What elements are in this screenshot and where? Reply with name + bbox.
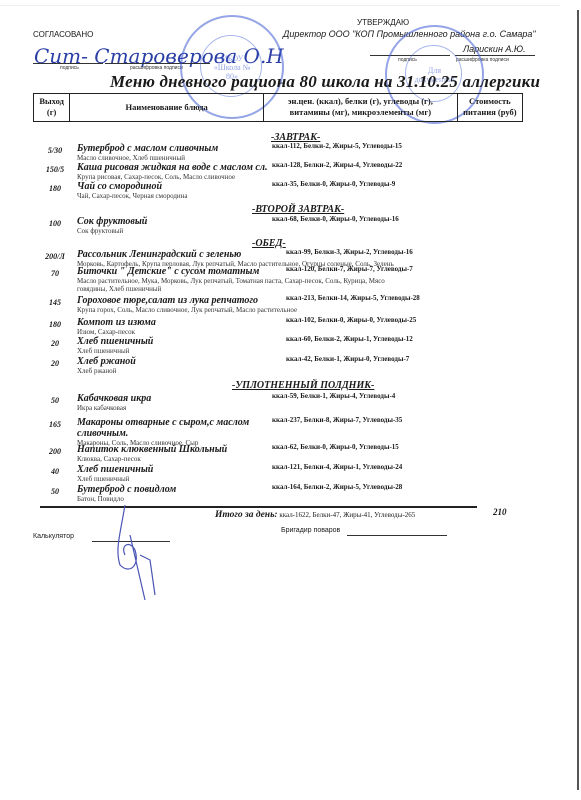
page-top-edge — [0, 5, 560, 6]
col-name-header: Наименование блюда — [70, 94, 264, 122]
item-ingredients: Масло сливочное, Хлеб пшеничный — [77, 154, 272, 162]
item-ingredients: Хлеб пшеничный — [77, 347, 272, 355]
col-yield-header: Выход (г) — [34, 94, 70, 122]
menu-item: Гороховое пюре,салат из лука репчатогоКр… — [77, 295, 272, 314]
page-right-edge — [577, 10, 579, 790]
item-yield: 200/Л — [37, 252, 73, 261]
item-nutrition: ккал-62, Белки-0, Жиры-0, Углеводы-15 — [272, 443, 399, 451]
item-nutrition: ккал-68, Белки-0, Жиры-0, Углеводы-16 — [272, 215, 399, 223]
item-yield: 5/30 — [37, 146, 73, 155]
item-yield: 100 — [37, 219, 73, 228]
day-total: Итого за день: ккал-1622, Белки-47, Жиры… — [215, 510, 415, 520]
item-name: Кабачковая икра — [77, 393, 272, 404]
item-nutrition: ккал-213, Белки-14, Жиры-5, Углеводы-28 — [286, 294, 420, 302]
item-name: Биточки " Детские" с сусом томатным — [77, 266, 272, 277]
item-nutrition: ккал-60, Белки-2, Жиры-1, Углеводы-12 — [286, 335, 413, 343]
confirm-label: УТВЕРЖДАЮ — [357, 18, 409, 27]
item-yield: 180 — [37, 320, 73, 329]
item-name: Хлеб пшеничный — [77, 336, 272, 347]
calculator-signature — [110, 505, 180, 605]
section-title: -ОБЕД- — [252, 238, 286, 249]
item-nutrition: ккал-35, Белки-0, Жиры-0, Углеводы-9 — [272, 180, 395, 188]
item-yield: 50 — [37, 487, 73, 496]
item-nutrition: ккал-237, Белки-8, Жиры-7, Углеводы-35 — [272, 416, 402, 424]
item-name: Хлеб ржаной — [77, 356, 272, 367]
menu-item: Кабачковая икраИкра кабачковая — [77, 393, 272, 412]
item-ingredients: Хлеб ржаной — [77, 367, 272, 375]
section-title: -ВТОРОЙ ЗАВТРАК- — [252, 204, 344, 215]
menu-item: Сок фруктовыйСок фруктовый — [77, 216, 272, 235]
item-yield: 150/5 — [37, 165, 73, 174]
total-cost: 210 — [493, 507, 507, 517]
col-cost-header: Стоимость питания (руб) — [457, 94, 522, 122]
menu-item: Хлеб пшеничныйХлеб пшеничный — [77, 464, 272, 483]
item-name: Гороховое пюре,салат из лука репчатого — [77, 295, 272, 306]
menu-item: Хлеб пшеничныйХлеб пшеничный — [77, 336, 272, 355]
menu-item: Компот из изюмаИзюм, Сахар-песок — [77, 317, 272, 336]
signature-caption: подпись — [60, 65, 79, 71]
menu-item: Бутерброд с повидломБатон, Повидло — [77, 484, 272, 503]
item-yield: 70 — [37, 269, 73, 278]
total-value: ккал-1622, Белки-47, Жиры-41, Углеводы-2… — [279, 511, 415, 519]
approved-label: СОГЛАСОВАНО — [33, 30, 93, 39]
item-nutrition: ккал-42, Белки-1, Жиры-0, Углеводы-7 — [286, 355, 409, 363]
item-nutrition: ккал-120, Белки-7, Жиры-7, Углеводы-7 — [286, 265, 413, 273]
item-nutrition: ккал-59, Белки-1, Жиры-4, Углеводы-4 — [272, 392, 395, 400]
item-ingredients: Клюква, Сахар-песок — [77, 455, 272, 463]
chef-signature-line — [347, 535, 447, 536]
item-nutrition: ккал-112, Белки-2, Жиры-5, Углеводы-15 — [272, 142, 402, 150]
calculator-label: Калькулятор — [33, 533, 74, 540]
item-yield: 180 — [37, 184, 73, 193]
item-yield: 200 — [37, 447, 73, 456]
menu-item: Хлеб ржанойХлеб ржаной — [77, 356, 272, 375]
item-ingredients: Чай, Сахар-песок, Черная смородина — [77, 192, 272, 200]
total-label: Итого за день: — [215, 510, 278, 520]
col-nutrition-header: эн.цен. (ккал), белки (г), углеводы (г),… — [263, 94, 457, 122]
item-name: Рассольник Ленинградский с зеленью — [77, 249, 272, 260]
item-ingredients: Крупа рисовая, Сахар-песок, Соль, Масло … — [77, 173, 272, 181]
item-nutrition: ккал-164, Белки-2, Жиры-5, Углеводы-28 — [272, 483, 402, 491]
page-title: Меню дневного рациона 80 школа на 31.10.… — [110, 72, 540, 92]
menu-item: Биточки " Детские" с сусом томатнымМасло… — [77, 266, 272, 293]
item-ingredients: Масло растительное, Мука, Морковь, Лук р… — [77, 277, 407, 293]
item-ingredients: Хлеб пшеничный — [77, 475, 272, 483]
menu-item: Бутерброд с маслом сливочнымМасло сливоч… — [77, 143, 272, 162]
menu-item: Каша рисовая жидкая на воде с маслом сл.… — [77, 162, 272, 181]
item-ingredients: Изюм, Сахар-песок — [77, 328, 272, 336]
menu-item: Макароны отварные с сыром,с маслом сливо… — [77, 417, 272, 447]
menu-table-header: Выход (г) Наименование блюда эн.цен. (кк… — [33, 93, 523, 122]
item-name: Каша рисовая жидкая на воде с маслом сл. — [77, 162, 272, 173]
item-name: Макароны отварные с сыром,с маслом сливо… — [77, 417, 272, 439]
item-name: Хлеб пшеничный — [77, 464, 272, 475]
item-name: Бутерброд с повидлом — [77, 484, 272, 495]
item-nutrition: ккал-128, Белки-2, Жиры-4, Углеводы-22 — [272, 161, 402, 169]
total-divider — [40, 506, 477, 508]
item-nutrition: ккал-121, Белки-4, Жиры-1, Углеводы-24 — [272, 463, 402, 471]
item-yield: 165 — [37, 420, 73, 429]
item-name: Бутерброд с маслом сливочным — [77, 143, 272, 154]
item-ingredients: Икра кабачковая — [77, 404, 272, 412]
chef-label: Бригадир поваров — [281, 527, 340, 534]
item-yield: 50 — [37, 396, 73, 405]
section-title: -УПЛОТНЕННЫЙ ПОЛДНИК- — [232, 380, 374, 391]
item-yield: 145 — [37, 298, 73, 307]
item-ingredients: Сок фруктовый — [77, 227, 272, 235]
item-name: Напиток клюквенный Школьный — [77, 444, 272, 455]
menu-item: Чай со смородинойЧай, Сахар-песок, Черна… — [77, 181, 272, 200]
item-yield: 40 — [37, 467, 73, 476]
signature-line — [33, 63, 103, 64]
item-nutrition: ккал-102, Белки-0, Жиры-0, Углеводы-25 — [286, 316, 416, 324]
item-ingredients: Батон, Повидло — [77, 495, 272, 503]
item-yield: 20 — [37, 359, 73, 368]
item-name: Компот из изюма — [77, 317, 272, 328]
menu-item: Напиток клюквенный ШкольныйКлюква, Сахар… — [77, 444, 272, 463]
item-yield: 20 — [37, 339, 73, 348]
item-name: Сок фруктовый — [77, 216, 272, 227]
item-nutrition: ккал-99, Белки-3, Жиры-2, Углеводы-16 — [286, 248, 413, 256]
signature-decode-caption: расшифровка подписи — [130, 65, 183, 71]
item-name: Чай со смородиной — [77, 181, 272, 192]
item-ingredients: Крупа горох, Соль, Масло сливочное, Лук … — [77, 306, 407, 314]
